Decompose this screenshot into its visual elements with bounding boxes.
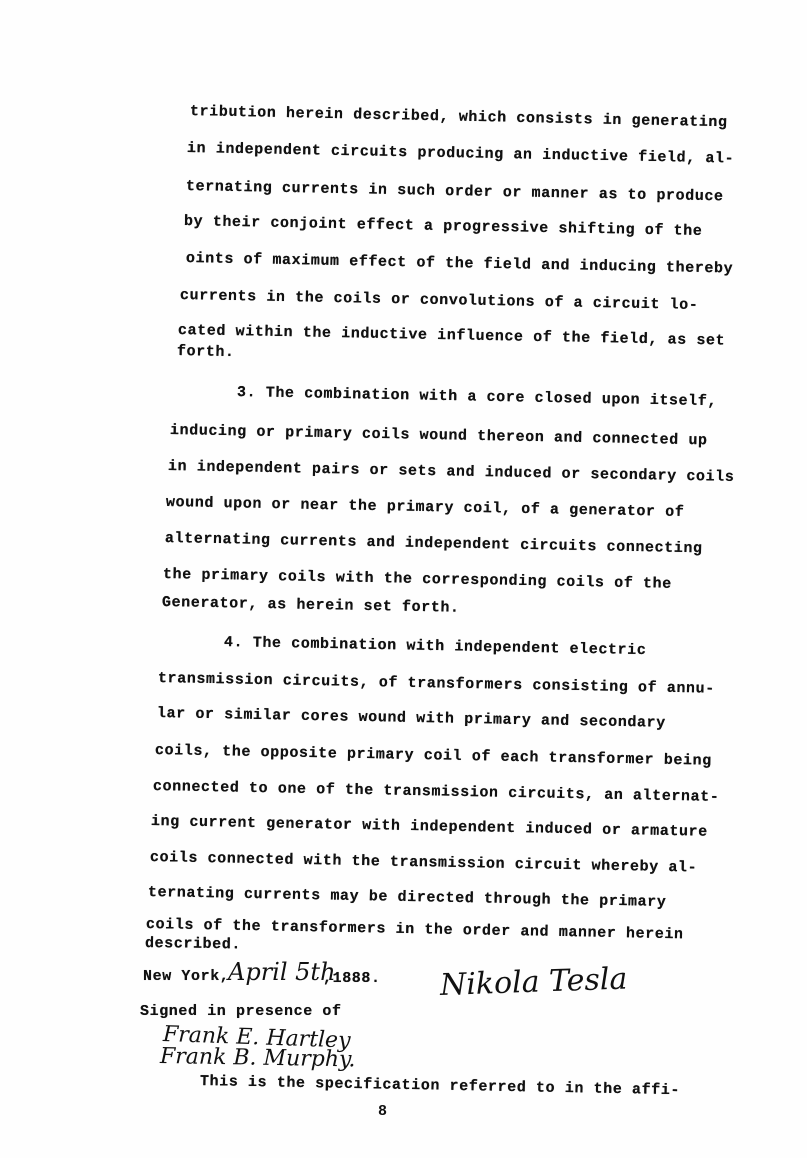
place-text: New York, [143,968,229,985]
claim-4-first-line: 4. The combination with independent elec… [224,634,647,659]
body-line: inducing or primary coils wound thereon … [170,422,708,449]
body-line: ternating currents may be directed throu… [148,884,667,911]
body-line: the primary coils with the corresponding… [163,566,672,593]
body-line: cated within the inductive influence of … [178,322,726,350]
claim-3-first-line: 3. The combination with a core closed up… [237,384,717,410]
body-line: lar or similar cores wound with primary … [157,705,666,732]
body-line: transmission circuits, of transformers c… [158,670,715,698]
body-line: Generator, as herein set forth. [162,594,460,617]
body-line: wound upon or near the primary coil, of … [166,494,685,521]
body-line: alternating currents and independent cir… [165,530,703,557]
body-line: ternating currents in such order or mann… [186,178,724,205]
body-line: currents in the coils or convolutions of… [180,287,699,314]
witness-label: Signed in presence of [140,1003,342,1020]
body-line: coils connected with the transmission ci… [150,849,698,877]
body-line: in independent pairs or sets and induced… [168,458,735,486]
body-line: in independent circuits producing an ind… [187,140,735,168]
year-text: ,1888. [323,970,381,987]
body-line: connected to one of the transmission cir… [153,778,720,806]
inventor-signature: Nikola Tesla [439,961,628,1003]
body-line: coils, the opposite primary coil of each… [155,742,712,770]
body-line: ing current generator with independent i… [151,813,708,841]
witness-signature: Frank B. Murphy. [160,1044,356,1072]
page-number: 8 [378,1103,387,1120]
body-line: described. [145,935,241,953]
body-line: by their conjoint effect a progressive s… [184,213,703,240]
body-line: tribution herein described, which consis… [190,103,728,131]
body-line: forth. [177,343,235,361]
document-page: tribution herein described, which consis… [0,0,807,1158]
handwritten-date: April 5th [228,958,336,986]
closing-line: This is the specification referred to in… [200,1073,680,1099]
body-line: oints of maximum effect of the field and… [186,250,734,278]
